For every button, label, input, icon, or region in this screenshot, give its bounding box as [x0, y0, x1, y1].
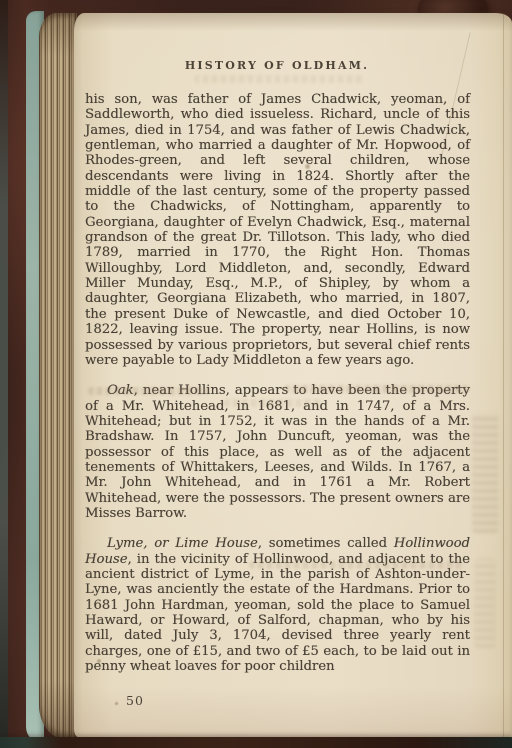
show-through-smudge — [284, 385, 469, 393]
body-run: his son, was father of James Chadwick, y… — [85, 92, 470, 368]
cover-outer-edge — [0, 0, 8, 748]
show-through-smudge — [472, 413, 498, 533]
paragraph: his son, was father of James Chadwick, y… — [85, 92, 470, 368]
book-photo: HISTORY OF OLDHAM. his son, was father o… — [0, 0, 512, 748]
italic-text: Lyme, or Lime House — [107, 536, 258, 551]
show-through-smudge — [88, 387, 208, 395]
cover-bottom-edge — [0, 737, 512, 748]
page-number: 50 — [126, 693, 144, 708]
foxing-speck — [114, 701, 119, 706]
show-through-smudge — [224, 399, 324, 407]
show-through-smudge — [249, 561, 464, 569]
show-through-smudge — [194, 75, 364, 83]
page-edges-stack — [39, 13, 77, 739]
foxing-speck — [96, 658, 102, 664]
book-page: HISTORY OF OLDHAM. his son, was father o… — [74, 13, 512, 737]
page-edge-fold — [503, 13, 504, 737]
body-run: , sometimes called — [258, 536, 394, 551]
show-through-smudge — [474, 558, 496, 648]
body-run: , in the vicinity of Hollinwood, and adj… — [85, 552, 470, 674]
body-text: his son, was father of James Chadwick, y… — [85, 92, 470, 674]
paragraph: Lyme, or Lime House, sometimes called Ho… — [85, 536, 470, 674]
foxing-speck — [304, 163, 311, 170]
running-head: HISTORY OF OLDHAM. — [85, 59, 469, 72]
